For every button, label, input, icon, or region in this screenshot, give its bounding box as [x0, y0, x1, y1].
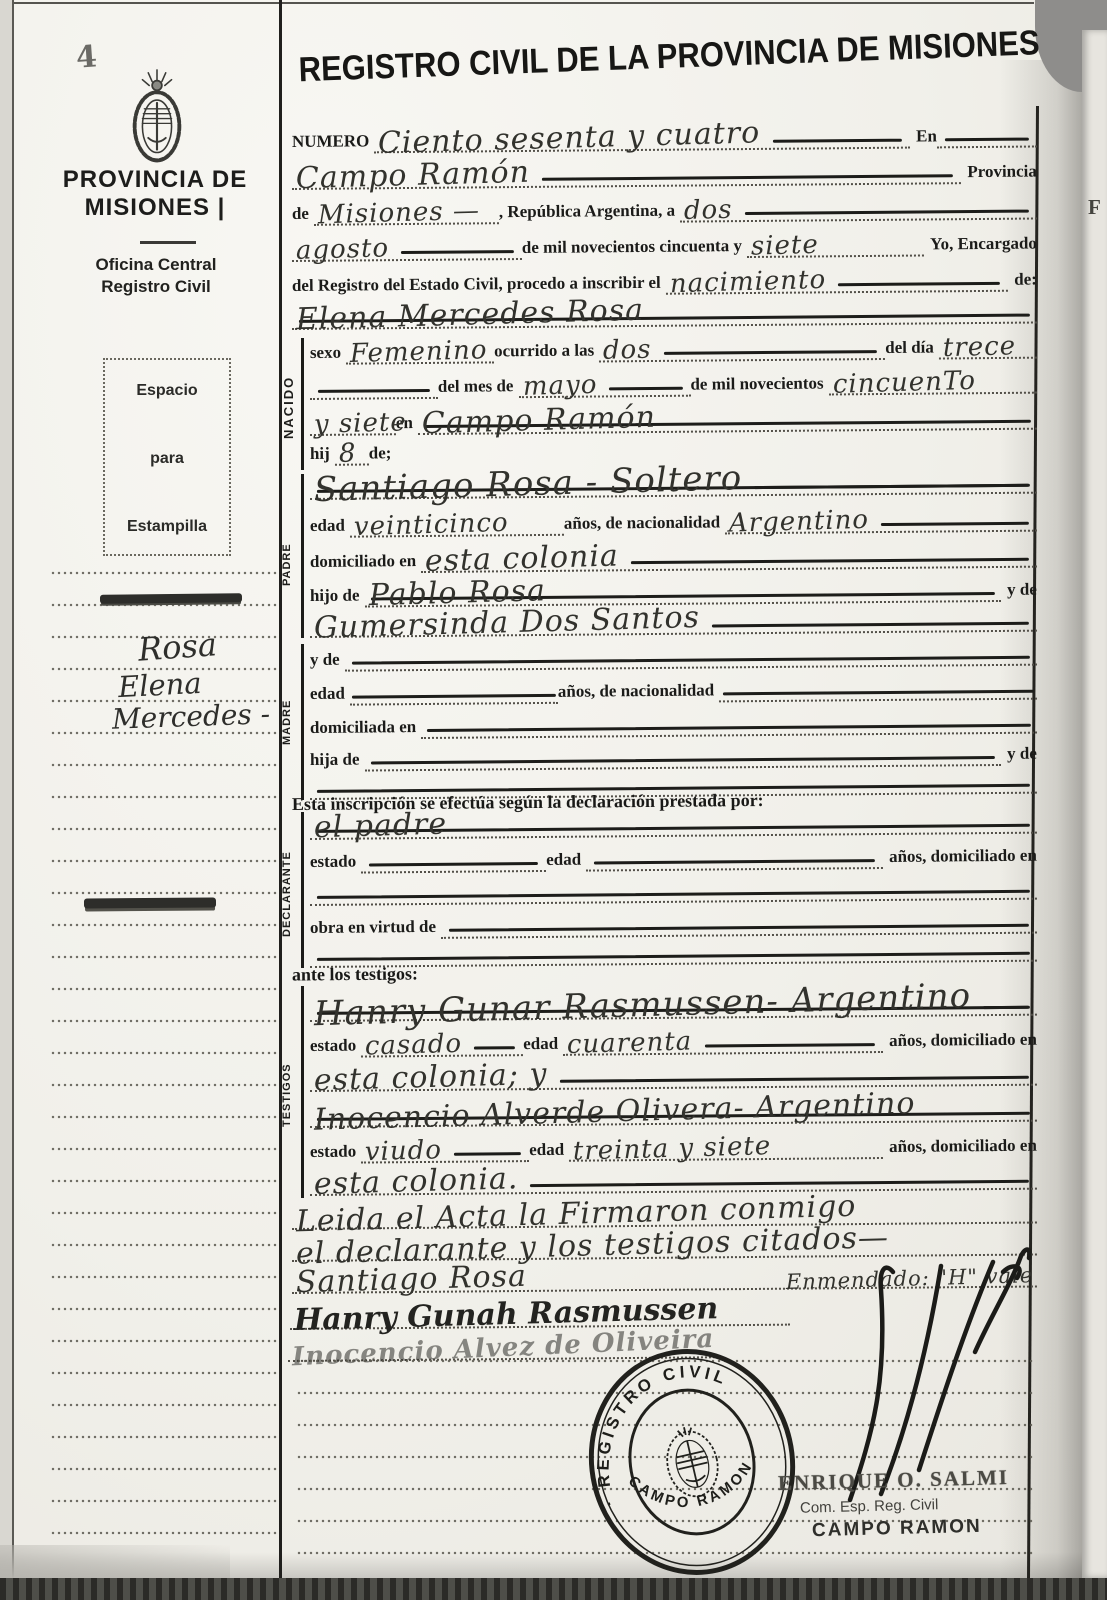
sexo-value: Femenino	[346, 341, 492, 364]
row-mes-nacimiento: del mes de mayo de mil novecientos cincu…	[310, 360, 1037, 400]
rule-fill	[559, 1076, 1028, 1083]
mes-nac-field: mayo	[518, 376, 690, 398]
ocurrido-label: ocurrido a las	[494, 340, 599, 363]
declarante-edad-label: edad	[546, 850, 586, 872]
row-numero: NUMERO Ciento sesenta y cuatro En	[292, 114, 1037, 154]
testigo2-domicilio-value: esta colonia.	[310, 1169, 523, 1197]
province-rule	[140, 241, 196, 244]
coat-of-arms	[122, 68, 192, 170]
stamp-space-line1: Espacio	[136, 382, 197, 400]
dia-label: del día	[885, 338, 939, 360]
hijo-de-label: de;	[369, 443, 397, 465]
de2-label: de:	[1008, 269, 1037, 291]
spacer	[531, 1288, 782, 1290]
row-declarante-blank	[310, 928, 1037, 968]
provincia-field: Misiones —	[314, 203, 499, 225]
rule-fill	[542, 174, 953, 181]
office-line2: Registro Civil	[101, 277, 211, 296]
republica-label: , República Argentina, a	[499, 201, 680, 225]
hora-value: dos	[599, 341, 656, 361]
madre-bracket	[301, 644, 304, 800]
testigos-intro-label: ante los testigos:	[292, 963, 418, 985]
dia-nac-field: trece	[939, 338, 1037, 360]
row-testigo1-domicilio: esta colonia; y	[310, 1052, 1037, 1092]
padre-nacionalidad-value: Argentino	[725, 511, 874, 534]
row-provincia: de Misiones — , República Argentina, a d…	[292, 186, 1037, 226]
padre-nacionalidad-label: años, de nacionalidad	[564, 512, 726, 535]
official-role-stamp: Com. Esp. Reg. Civil	[800, 1496, 939, 1517]
testigo1-estado-field: casado	[361, 1035, 523, 1057]
padre-edad-label: edad	[310, 516, 350, 538]
row-padre-edad: edad veinticinco años, de nacionalidad A…	[310, 498, 1037, 538]
rule-fill	[945, 138, 1029, 142]
padre-bracket	[301, 474, 304, 638]
dia-nac-value: trece	[939, 337, 1021, 358]
padre-edad-value: veinticinco	[350, 514, 513, 537]
row-hijo-de: hij 8 de;	[310, 431, 610, 466]
page-number: 4	[75, 39, 98, 75]
scan-left-strip	[0, 0, 12, 1578]
rule-fill	[318, 389, 430, 393]
mes-nac-label: del mes de	[438, 376, 519, 399]
margin-scribble-2	[84, 898, 216, 909]
novecientos-label: de mil novecientos	[690, 373, 828, 396]
rule-fill	[474, 1046, 515, 1049]
nacido-bracket	[301, 338, 304, 470]
rule-fill	[838, 282, 1000, 286]
scanned-document: F 4 PROVINCIA DE MISIONES |	[0, 0, 1107, 1600]
testigo2-estado-value: viudo	[361, 1141, 447, 1162]
provincia-label: Provincia	[961, 161, 1037, 184]
margin-name-middle: Mercedes -	[111, 697, 270, 735]
dia-value: dos	[680, 201, 737, 221]
rule-fill	[881, 522, 1029, 526]
anio-value: siete	[747, 236, 823, 257]
testigo1-edad-value: cuarenta	[563, 1033, 697, 1055]
en-field	[937, 137, 1037, 148]
page-top-border	[14, 2, 1034, 4]
office-heading: Oficina Central Registro Civil	[58, 254, 254, 298]
numero-field: Ciento sesenta y cuatro	[374, 125, 910, 153]
rule-fill	[401, 250, 514, 254]
row-sexo: sexo Femenino ocurrido a las dos del día…	[310, 325, 1037, 365]
numero-label: NUMERO	[292, 131, 375, 154]
province-line2: MISIONES |	[85, 194, 226, 221]
ysiete-value: y siete	[310, 413, 411, 435]
testigo1-domicilio-label: años, domiciliado en	[883, 1030, 1037, 1053]
blank-field	[310, 389, 438, 400]
nacido-section-label: NACIDO	[281, 352, 297, 462]
declarante-section-label: DECLARANTE	[281, 828, 297, 960]
rule-fill	[712, 622, 1029, 628]
anio-field: siete	[747, 236, 924, 258]
official-place-stamp: CAMPO RAMON	[812, 1516, 982, 1542]
testigo1-estado-label: estado	[310, 1036, 361, 1058]
testigo2-edad-label: edad	[529, 1140, 569, 1162]
margin-name-first: Elena	[117, 666, 202, 704]
row-inscripto: Elena Mercedes Rosa	[292, 290, 1037, 330]
page-left-border	[12, 0, 14, 1578]
stamp-bottom-text: CAMPO RAMON	[623, 1446, 764, 1525]
row-lugar: Campo Ramón Provincia	[292, 150, 1037, 190]
rule-fill	[631, 558, 1029, 564]
next-page-text-fragment: F	[1088, 195, 1101, 220]
rule-fill	[530, 1180, 1029, 1187]
testigo1-edad-label: edad	[523, 1034, 563, 1056]
padre-nombre-value: Santiago Rosa - Soltero	[310, 466, 747, 503]
margin-scribble-1	[100, 593, 242, 603]
province-line1: PROVINCIA DE	[63, 166, 247, 193]
anio-label: de mil novecientos cincuenta y	[522, 236, 747, 260]
mes-value: agosto	[292, 239, 394, 261]
hora-field: dos	[599, 339, 885, 362]
row-lugar-nacimiento: y siete en Campo Ramón	[310, 396, 1037, 436]
rule-fill	[664, 350, 877, 355]
mes-field: agosto	[292, 239, 522, 262]
column-divider-rule	[279, 0, 282, 1578]
padre-nacionalidad-field: Argentino	[725, 511, 1037, 534]
novecientos-value: cincuenTo	[828, 372, 980, 395]
rule-fill	[773, 139, 902, 143]
madre-nacionalidad-label: años, de nacionalidad	[558, 680, 720, 703]
row-testigo2: Inocencio Alverde Olivera- Argentino	[310, 1088, 1037, 1128]
padre-domicilio-label: domiciliado en	[310, 551, 421, 574]
testigo1-field: Hanry Gunar Rasmussen- Argentino	[310, 989, 1037, 1022]
padre-edad-field: veinticinco	[350, 515, 564, 538]
hijo-enmienda-value: 8	[334, 445, 360, 464]
svg-text:CAMPO RAMON: CAMPO RAMON	[623, 1446, 764, 1525]
declarante-value: el padre	[310, 814, 452, 840]
next-page-sliver	[1082, 30, 1107, 1578]
mes-nac-value: mayo	[518, 376, 601, 397]
stamp-space-line2: para	[150, 450, 184, 468]
province-heading: PROVINCIA DE MISIONES |	[38, 166, 272, 222]
rule-fill	[369, 862, 538, 866]
rule-fill	[609, 387, 683, 391]
padre-domicilio-value: esta colonia	[421, 546, 623, 573]
rule-fill	[704, 1043, 875, 1047]
dia-field: dos	[680, 199, 1037, 223]
office-line1: Oficina Central	[96, 255, 217, 274]
testigos-section-label: TESTIGOS	[281, 1040, 297, 1150]
stamp-space-box: Espacio para Estampilla	[103, 358, 231, 556]
row-fecha: agosto de mil novecientos cincuenta y si…	[292, 222, 1037, 262]
en-label: En	[910, 126, 937, 148]
lugar-value: Campo Ramón	[292, 162, 535, 190]
row-padre-nombre: Santiago Rosa - Soltero	[310, 460, 1037, 500]
de-label: de	[292, 204, 314, 226]
testigo1-estado-value: casado	[361, 1035, 467, 1057]
declarante-bracket	[301, 812, 304, 968]
margin-name-surname: Rosa	[137, 625, 218, 668]
hijo-label: hij	[310, 444, 335, 466]
rule-fill	[454, 1152, 521, 1156]
sexo-label: sexo	[310, 343, 346, 365]
scan-bottom-edge	[0, 1578, 1107, 1600]
firma-declarante-signature: Santiago Rosa	[292, 1266, 532, 1294]
row-testigo1: Hanry Gunar Rasmussen- Argentino	[310, 982, 1037, 1022]
numero-value: Ciento sesenta y cuatro	[374, 123, 765, 155]
testigo1-domicilio-value: esta colonia; y	[310, 1064, 552, 1092]
hijo-enmienda-field: 8	[335, 445, 369, 466]
novecientos-field: cincuenTo	[829, 373, 1037, 396]
testigos-bracket	[301, 986, 304, 1198]
rule-fill	[983, 1006, 1029, 1009]
stamp-space-line3: Estampilla	[127, 518, 207, 536]
madre-edad-label: edad	[310, 684, 350, 706]
madre-y-de-label: y de	[310, 650, 345, 672]
rule-fill	[754, 484, 1029, 489]
rule-fill	[745, 210, 1029, 215]
yo-label: Yo, Encargado	[924, 233, 1037, 256]
inscripto-value: Elena Mercedes Rosa	[292, 300, 649, 332]
rule-fill	[594, 859, 875, 864]
sexo-field: Femenino	[346, 343, 494, 365]
madre-section-label: MADRE	[281, 672, 297, 772]
provincia-value: Misiones —	[314, 202, 484, 225]
testigo1-edad-field: cuarenta	[563, 1032, 883, 1056]
padre-section-label: PADRE	[281, 505, 297, 625]
